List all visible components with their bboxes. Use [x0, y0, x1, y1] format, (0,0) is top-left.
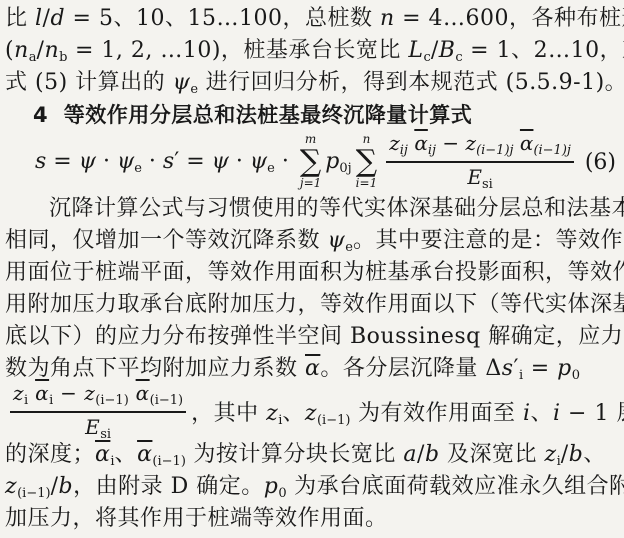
- text-run: p: [325, 149, 339, 174]
- text-run: s: [35, 149, 46, 174]
- para2-line-8: 的深度；αi、α(i−1) 为按计算分块长宽比 a/b 及深宽比 zi/b、: [5, 439, 622, 471]
- text-run: α: [414, 131, 428, 155]
- text-run: (i−1)j: [476, 143, 514, 158]
- text-run: b: [569, 442, 584, 467]
- text-run: α: [136, 381, 150, 405]
- text-run: ·: [142, 149, 163, 174]
- text-run: ψ: [250, 149, 267, 174]
- text-run: p: [264, 474, 279, 499]
- text-run: 比: [5, 6, 35, 31]
- text-run: 底以下）的应力分布按弹性半空间 Boussinesq 解确定，应力系: [5, 324, 624, 349]
- para2-line-10: 加压力，将其作用于桩端等效作用面。: [5, 503, 622, 535]
- text-run: =: [46, 149, 78, 174]
- text-run: ψ: [212, 149, 229, 174]
- summation-inner: n ∑ i=1: [356, 133, 378, 191]
- text-run: ·: [229, 149, 250, 174]
- fraction-numerator: zi αi − z(i−1) α(i−1): [10, 380, 186, 413]
- text-run: 为按计算分块长宽比: [186, 442, 404, 467]
- text-run: e: [267, 161, 275, 176]
- text-run: (: [5, 38, 14, 63]
- para2-line-1: 沉降计算公式与习惯使用的等代实体深基础分层总和法基本: [5, 193, 622, 225]
- text-run: α: [35, 381, 49, 405]
- inline-fraction-line-text: ，其中 zi、z(i−1) 为有效作用面至 i、i − 1 层层底: [191, 396, 624, 428]
- text-run: 加压力，将其作用于桩端等效作用面。: [5, 506, 388, 531]
- text-run: /: [561, 442, 569, 467]
- text-run: (i−1)j: [533, 143, 571, 158]
- text-run: α: [137, 442, 152, 467]
- text-run: 0j: [339, 161, 351, 176]
- text-run: z: [13, 381, 24, 405]
- text-run: a: [403, 442, 417, 467]
- text-run: z: [389, 131, 400, 155]
- text-run: b: [58, 474, 73, 499]
- text-run: 沉降计算公式与习惯使用的等代实体深基础分层总和法基本: [49, 196, 624, 221]
- text-run: 用面位于桩端平面，等效作用面积为桩基承台投影面积，等效作: [5, 260, 624, 285]
- text-run: 、: [282, 401, 305, 426]
- text-run: z: [305, 401, 317, 426]
- equation-fraction: zij αij − z(i−1)j α(i−1)j Esi: [386, 130, 574, 194]
- para2-line-3: 用面位于桩端平面，等效作用面积为桩基承台投影面积，等效作: [5, 257, 622, 289]
- text-run: 。其中要注意的是：等效作: [353, 228, 623, 253]
- section-4-heading: 4 等效作用分层总和法桩基最终沉降量计算式: [5, 99, 622, 131]
- text-run: 数为角点下平均附加应力系数: [5, 356, 305, 381]
- text-run: i: [553, 401, 561, 426]
- text-run: Δ: [485, 356, 501, 381]
- text-run: 式 (5) 计算出的: [5, 70, 173, 95]
- text-run: α: [520, 131, 534, 155]
- text-run: 、: [531, 401, 554, 426]
- text-run: z: [5, 474, 17, 499]
- text-run: n: [44, 38, 59, 63]
- text-run: 为承台底面荷载效应准永久组合附: [287, 474, 624, 499]
- text-run: ψ: [173, 70, 191, 95]
- text-run: 。各分层沉降量: [320, 356, 485, 381]
- equation-lhs: s = ψ · ψe · s′ = ψ · ψe ·: [35, 149, 296, 176]
- document-page: 比 l/d = 5、10、15…100，总桩数 n = 4…600，各种布桩形式…: [0, 0, 624, 538]
- text-run: (i−1): [17, 486, 50, 501]
- text-run: 的深度；: [5, 442, 95, 467]
- para1-line-2: (na/nb = 1, 2, …10)，桩基承台长宽比 Lc/Bc = 1、2……: [5, 35, 622, 67]
- text-run: 0: [278, 486, 286, 501]
- text-run: − 1 层层底: [561, 401, 624, 426]
- text-run: l: [35, 6, 43, 31]
- text-run: s: [502, 356, 514, 381]
- text-run: (i−1): [317, 413, 350, 428]
- text-run: ψ: [79, 149, 96, 174]
- text-run: si: [482, 177, 493, 192]
- text-run: 为有效作用面至: [350, 401, 523, 426]
- text-run: = 4…600，各种布桩形式: [395, 6, 624, 31]
- text-run: 、: [583, 442, 606, 467]
- text-run: [129, 381, 136, 405]
- summation-outer: m ∑ j=1: [300, 133, 321, 191]
- text-run: 4: [33, 103, 48, 127]
- para2-line-4: 用附加压力取承台底附加压力，等效作用面以下（等代实体深基: [5, 289, 622, 321]
- text-run: 用附加压力取承台底附加压力，等效作用面以下（等代实体深基: [5, 292, 624, 317]
- equation-number: (6): [585, 150, 616, 175]
- text-run: ij: [428, 143, 436, 158]
- text-run: z: [84, 381, 95, 405]
- para2-line-2: 相同，仅增加一个等效沉降系数 ψe。其中要注意的是：等效作: [5, 225, 622, 257]
- para2-line-5: 底以下）的应力分布按弹性半空间 Boussinesq 解确定，应力系: [5, 321, 622, 353]
- text-run: E: [467, 165, 482, 189]
- text-run: ψ: [328, 228, 346, 253]
- text-run: ψ: [117, 149, 134, 174]
- text-run: (i−1): [152, 454, 185, 469]
- text-run: 相同，仅增加一个等效沉降系数: [5, 228, 328, 253]
- text-run: e: [345, 240, 353, 255]
- equation-6: s = ψ · ψe · s′ = ψ · ψe · m ∑ j=1 p0j n…: [5, 131, 622, 193]
- text-run: a: [29, 50, 37, 65]
- text-run: c: [455, 50, 462, 65]
- text-run: ·: [275, 149, 296, 174]
- inline-fraction: zi αi − z(i−1) α(i−1) Esi: [10, 380, 186, 444]
- text-run: L: [408, 38, 423, 63]
- text-run: = 5、10、15…100，总桩数: [65, 6, 380, 31]
- text-run: z: [266, 401, 278, 426]
- text-run: d: [50, 6, 65, 31]
- p0j-term: p0j: [325, 149, 351, 176]
- text-run: ，由附录 D 确定。: [73, 474, 264, 499]
- text-run: α: [95, 442, 110, 467]
- para2-line-9: z(i−1)/b，由附录 D 确定。p0 为承台底面荷载效应准永久组合附: [5, 471, 622, 503]
- text-run: /: [417, 442, 425, 467]
- text-run: 0: [572, 368, 580, 383]
- text-run: −: [53, 381, 84, 405]
- text-run: i: [523, 401, 531, 426]
- text-run: =: [179, 149, 211, 174]
- text-run: ，其中: [191, 401, 266, 426]
- sigma-symbol: ∑: [300, 147, 321, 177]
- para1-line-1: 比 l/d = 5、10、15…100，总桩数 n = 4…600，各种布桩形式: [5, 3, 622, 35]
- text-run: (i−1): [95, 393, 128, 408]
- text-run: E: [85, 415, 100, 439]
- text-run: =: [523, 356, 557, 381]
- text-run: n: [380, 6, 395, 31]
- summation-lower-limit: j=1: [300, 177, 321, 191]
- sigma-symbol: ∑: [356, 147, 377, 177]
- text-run: (i−1): [150, 393, 183, 408]
- text-run: 等效作用分层总和法桩基最终沉降量计算式: [48, 103, 472, 127]
- text-run: n: [14, 38, 29, 63]
- text-run: ij: [400, 143, 408, 158]
- para1-line-3: 式 (5) 计算出的 ψe 进行回归分析，得到本规范式 (5.5.9-1)。: [5, 67, 622, 99]
- text-run: z: [466, 131, 477, 155]
- text-run: e: [134, 161, 142, 176]
- summation-lower-limit: i=1: [356, 177, 378, 191]
- fraction-denominator: Esi: [467, 163, 492, 194]
- fraction-numerator: zij αij − z(i−1)j α(i−1)j: [386, 130, 574, 163]
- text-run: 、: [115, 442, 138, 467]
- text-run: B: [439, 38, 456, 63]
- text-run: ·: [96, 149, 117, 174]
- text-run: = 1、2…10，对: [463, 38, 624, 63]
- text-run: = 1, 2, …10)，桩基承台长宽比: [67, 38, 408, 63]
- text-run: b: [425, 442, 440, 467]
- text-run: z: [545, 442, 557, 467]
- inline-fraction-line: zi αi − z(i−1) α(i−1) Esi ，其中 zi、z(i−1) …: [5, 385, 622, 439]
- text-run: α: [305, 356, 320, 381]
- text-run: /: [431, 38, 439, 63]
- text-run: c: [424, 50, 431, 65]
- text-run: 进行回归分析，得到本规范式 (5.5.9-1)。: [198, 70, 624, 95]
- text-run: −: [436, 131, 465, 155]
- text-run: 及深宽比: [440, 442, 545, 467]
- text-run: p: [557, 356, 572, 381]
- text-run: s: [163, 149, 174, 174]
- text-run: e: [190, 82, 198, 97]
